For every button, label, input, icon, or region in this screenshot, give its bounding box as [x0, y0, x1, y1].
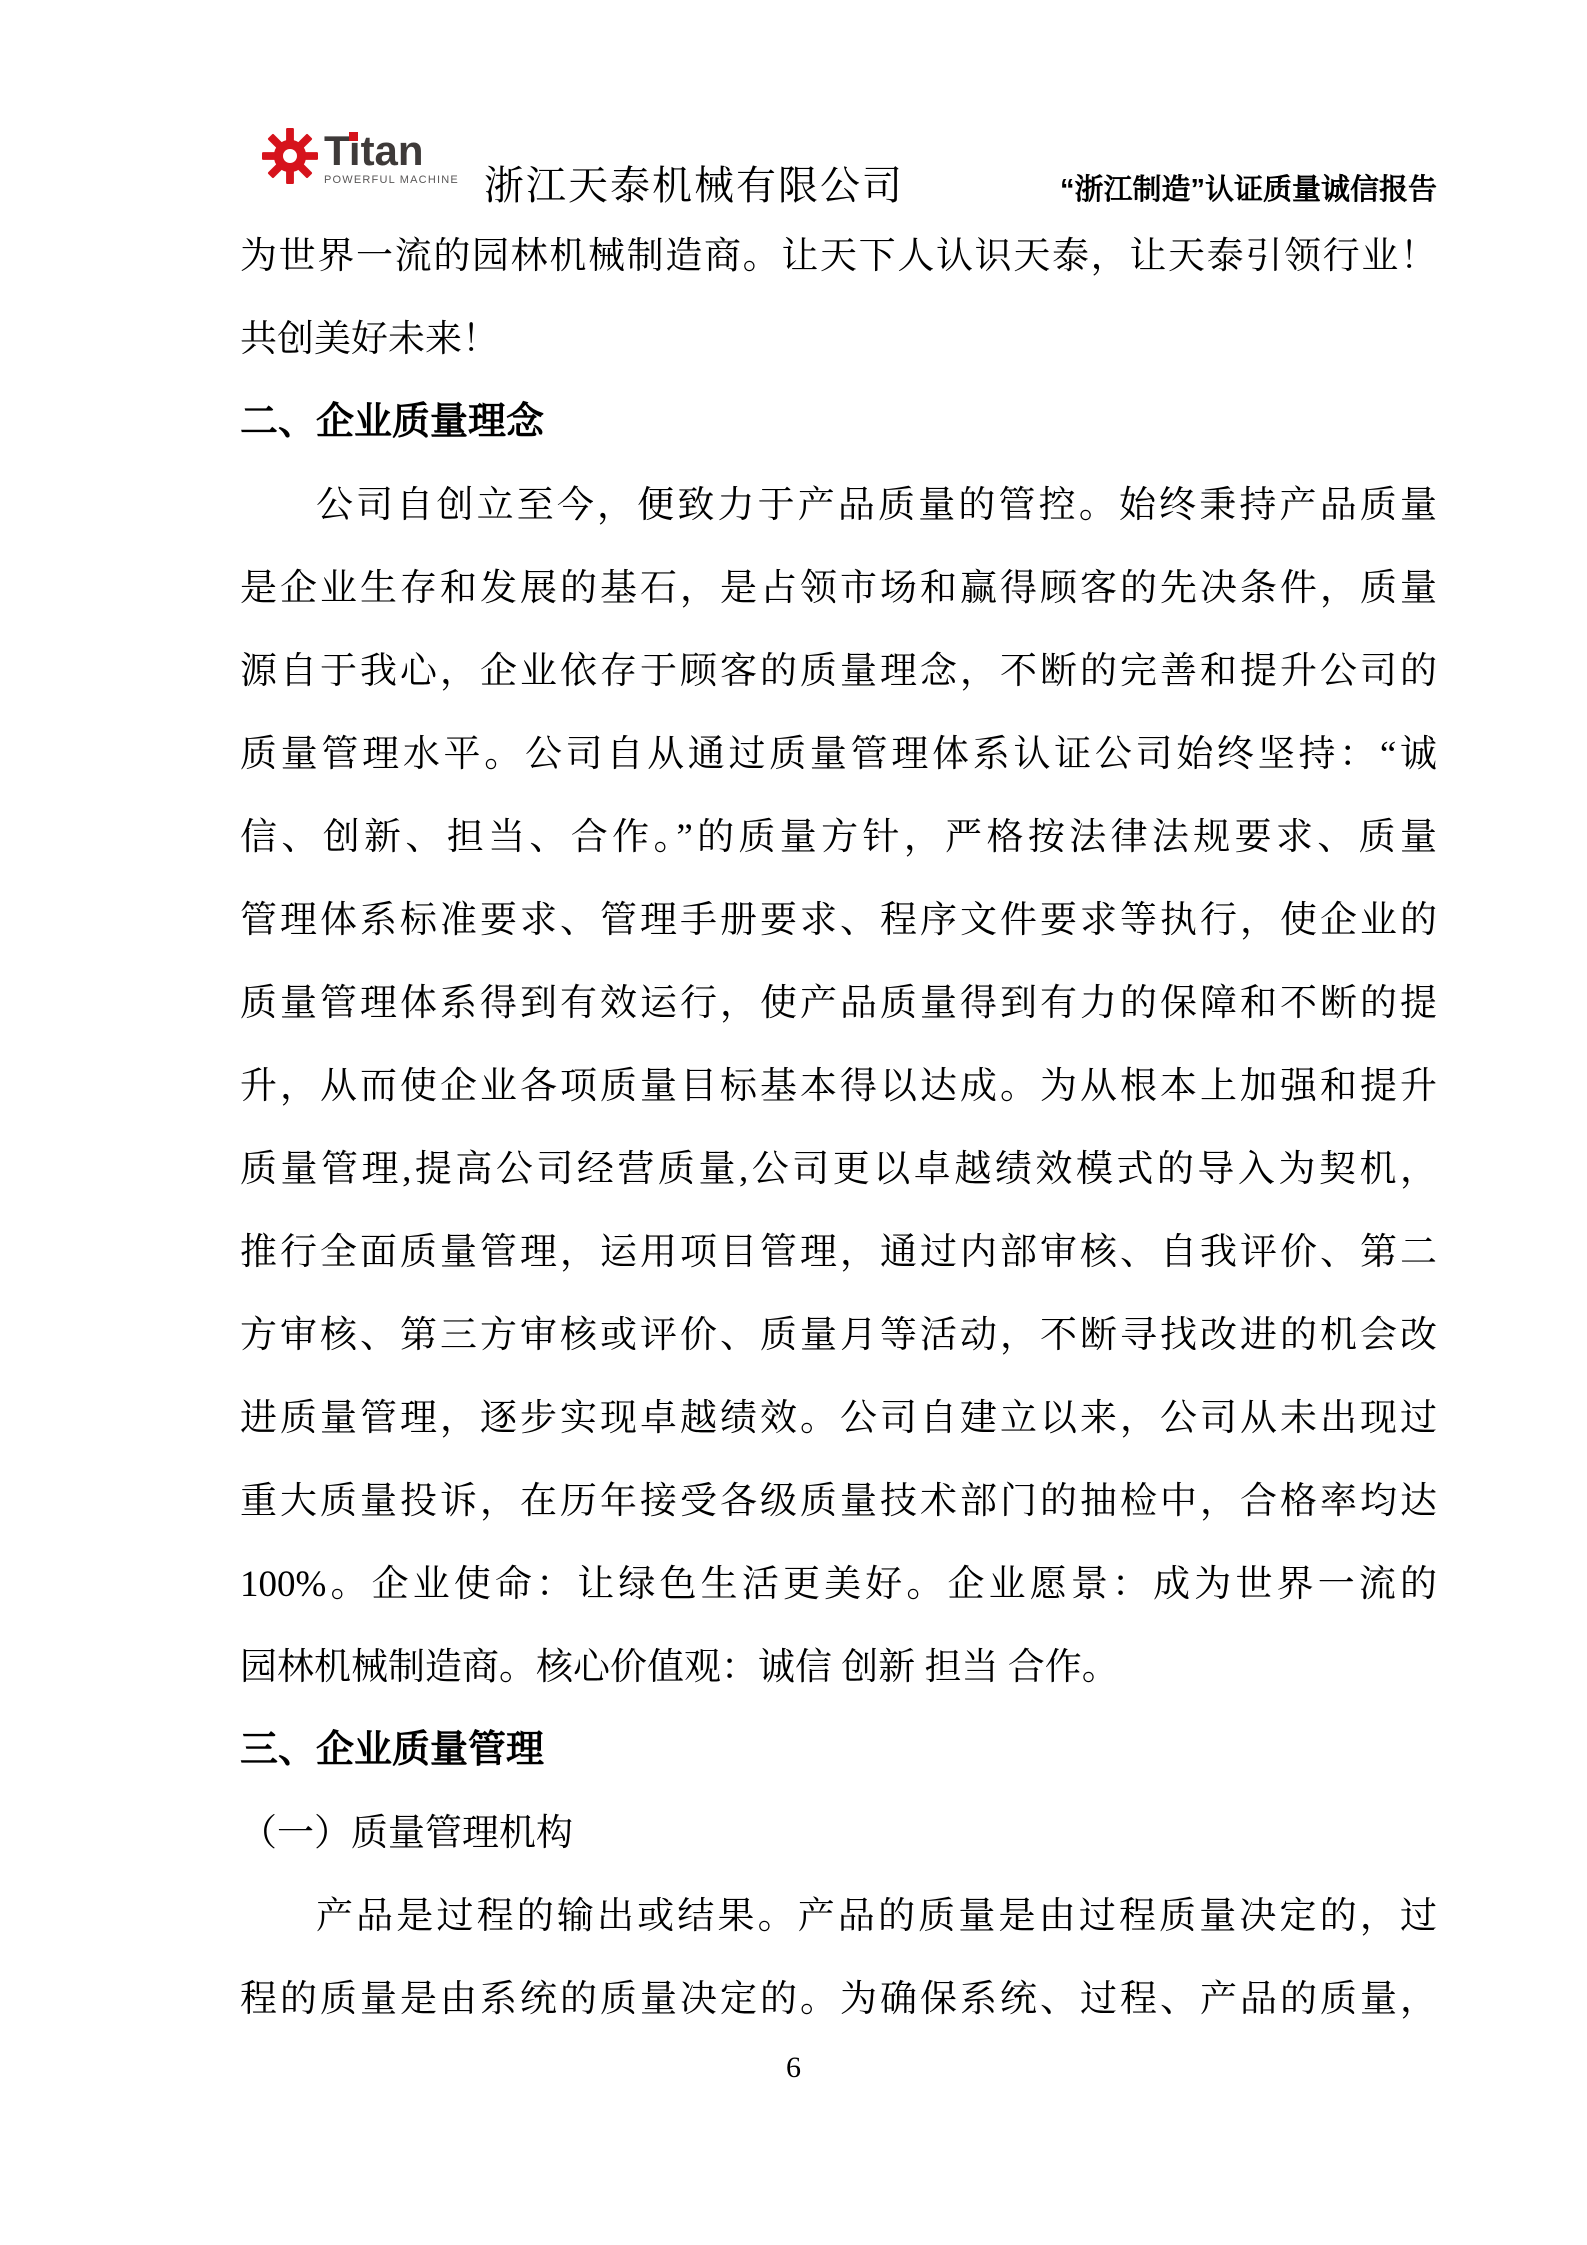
header-report-title: “浙江制造”认证质量诚信报告 — [1060, 175, 1437, 207]
text-line: 质量管理水平。公司自从通过质量管理体系认证公司始终坚持：“诚 — [240, 713, 1437, 796]
text-line: 升，从而使企业各项质量目标基本得以达成。为从根本上加强和提升 — [240, 1045, 1437, 1128]
text-line: 是企业生存和发展的基石，是占领市场和赢得顾客的先决条件，质量 — [240, 547, 1437, 630]
text-line: 100%。企业使命：让绿色生活更美好。企业愿景：成为世界一流的 — [240, 1543, 1437, 1626]
text-line: 程的质量是由系统的质量决定的。为确保系统、过程、产品的质量， — [240, 1958, 1437, 2041]
text-line: 方审核、第三方审核或评价、质量月等活动，不断寻找改进的机会改 — [240, 1294, 1437, 1377]
brand-block: Titan POWERFUL MACHINE — [324, 128, 459, 186]
text-line: 重大质量投诉，在历年接受各级质量技术部门的抽检中，合格率均达 — [240, 1460, 1437, 1543]
text-line: （一）质量管理机构 — [240, 1792, 1437, 1875]
text-line: 为世界一流的园林机械制造商。让天下人认识天泰，让天泰引领行业！ — [240, 215, 1437, 298]
text-line: 管理体系标准要求、管理手册要求、程序文件要求等执行，使企业的 — [240, 879, 1437, 962]
text-line: 共创美好未来！ — [240, 298, 1437, 381]
text-line: 推行全面质量管理，运用项目管理，通过内部审核、自我评价、第二 — [240, 1211, 1437, 1294]
page-number: 6 — [0, 2048, 1587, 2088]
text-line: 源自于我心，企业依存于顾客的质量理念，不断的完善和提升公司的 — [240, 630, 1437, 713]
text-line: 公司自创立至今，便致力于产品质量的管控。始终秉持产品质量 — [240, 464, 1437, 547]
text-line: 质量管理,提高公司经营质量,公司更以卓越绩效模式的导入为契机， — [240, 1128, 1437, 1211]
document-page: Titan POWERFUL MACHINE 浙江天泰机械有限公司 “浙江制造”… — [0, 0, 1587, 2245]
brand-tagline: POWERFUL MACHINE — [324, 174, 459, 186]
section-heading: 二、企业质量理念 — [240, 381, 1437, 464]
text-line: 质量管理体系得到有效运行，使产品质量得到有力的保障和不断的提 — [240, 962, 1437, 1045]
brand-text: Titan — [324, 130, 459, 172]
text-line: 园林机械制造商。核心价值观：诚信 创新 担当 合作。 — [240, 1626, 1437, 1709]
text-line: 信、创新、担当、合作。”的质量方针，严格按法律法规要求、质量 — [240, 796, 1437, 879]
text-line: 产品是过程的输出或结果。产品的质量是由过程质量决定的，过 — [240, 1875, 1437, 1958]
document-body: 为世界一流的园林机械制造商。让天下人认识天泰，让天泰引领行业！共创美好未来！二、… — [240, 215, 1437, 2041]
section-heading: 三、企业质量管理 — [240, 1709, 1437, 1792]
header-company-name: 浙江天泰机械有限公司 — [484, 164, 904, 208]
gear-icon — [262, 128, 318, 184]
titan-logo: Titan POWERFUL MACHINE — [262, 128, 459, 186]
text-line: 进质量管理，逐步实现卓越绩效。公司自建立以来，公司从未出现过 — [240, 1377, 1437, 1460]
